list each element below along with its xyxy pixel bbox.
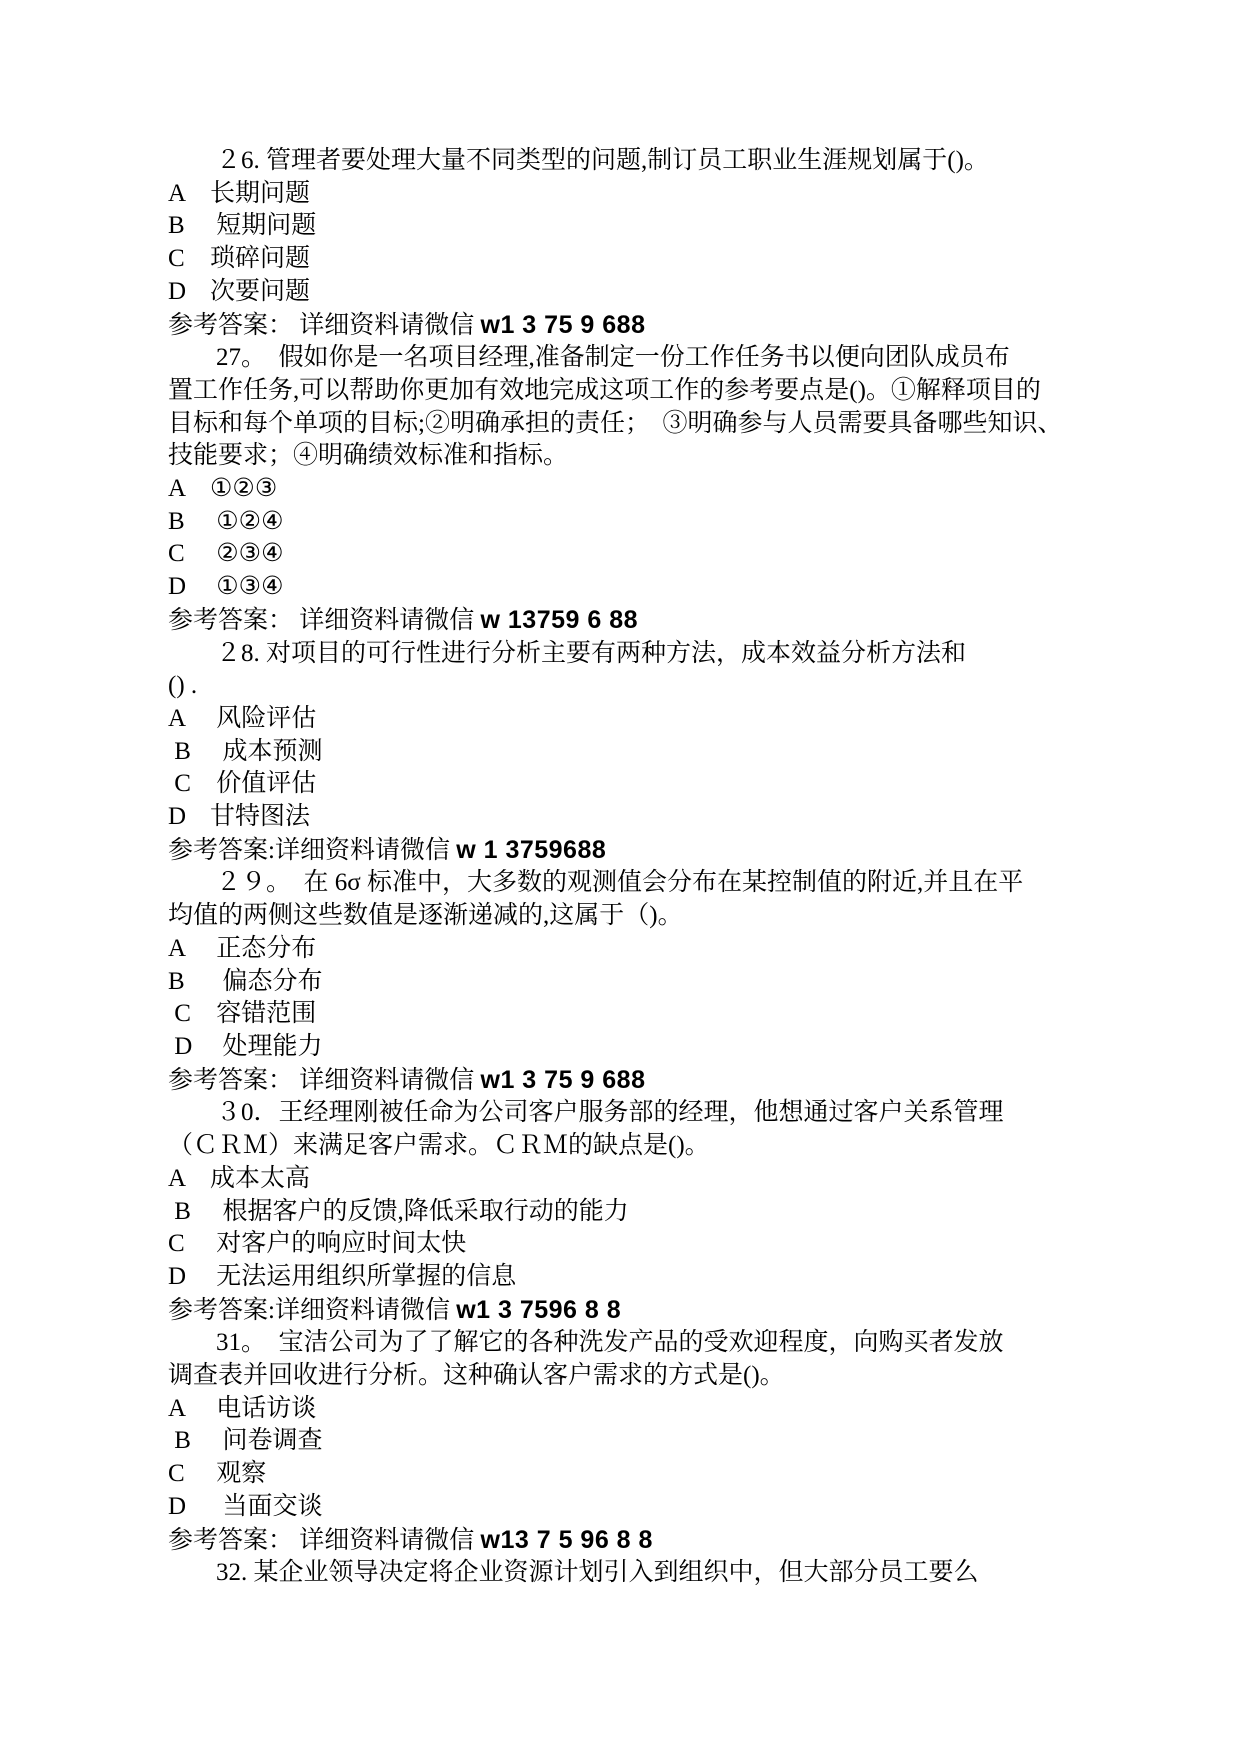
question-stem-line: 27。 假如你是一名项目经理,准备制定一份工作任务书以便向团队成员布 xyxy=(168,342,1083,375)
option-text: 当面交谈 xyxy=(210,1493,323,1520)
question-list: ２6. 管理者要处理大量不同类型的问题,制订员工职业生涯规划属于()。A长期问题… xyxy=(168,145,1083,1590)
option-text: 正态分布 xyxy=(210,935,316,962)
option-label: D xyxy=(168,1261,210,1294)
question-stem-line: （ＣＲＭ）来满足客户需求。ＣＲＭ的缺点是()。 xyxy=(168,1130,1083,1163)
option-row: D ①③④ xyxy=(168,571,1083,604)
option-text: 成本太高 xyxy=(210,1165,310,1192)
answer-line: 参考答案:详细资料请微信 w1 3 7596 8 8 xyxy=(168,1294,1083,1328)
question-block: 31。 宝洁公司为了了解它的各种洗发产品的受欢迎程度，向购买者发放调查表并回收进… xyxy=(168,1327,1083,1557)
option-row: B 根据客户的反馈,降低采取行动的能力 xyxy=(168,1196,1083,1229)
option-label: D xyxy=(168,276,210,309)
answer-code: w 1 3759688 xyxy=(456,836,606,864)
option-text: ②③④ xyxy=(210,540,284,567)
answer-prefix: 参考答案： 详细资料请微信 xyxy=(168,1067,481,1094)
option-row: D 无法运用组织所掌握的信息 xyxy=(168,1261,1083,1294)
option-label: B xyxy=(168,1425,210,1458)
option-text: ①②④ xyxy=(210,508,284,535)
option-text: 成本预测 xyxy=(210,738,323,765)
answer-line: 参考答案： 详细资料请微信 w13 7 5 96 8 8 xyxy=(168,1524,1083,1558)
option-label: D xyxy=(168,801,210,834)
option-row: C 价值评估 xyxy=(168,768,1083,801)
option-text: ①②③ xyxy=(210,475,277,502)
option-label: D xyxy=(168,571,210,604)
option-text: 对客户的响应时间太快 xyxy=(210,1230,466,1257)
option-text: 处理能力 xyxy=(210,1033,323,1060)
option-label: B xyxy=(168,506,210,539)
option-row: C 观察 xyxy=(168,1458,1083,1491)
option-row: D甘特图法 xyxy=(168,801,1083,834)
question-stem-line: 均值的两侧这些数值是逐渐递减的,这属于（)。 xyxy=(168,900,1083,933)
option-row: B 偏态分布 xyxy=(168,966,1083,999)
option-row: D 处理能力 xyxy=(168,1031,1083,1064)
option-row: C 容错范围 xyxy=(168,998,1083,1031)
question-stem-line: 32. 某企业领导决定将企业资源计划引入到组织中，但大部分员工要么 xyxy=(168,1557,1083,1590)
question-stem-line: ３0．王经理刚被任命为公司客户服务部的经理，他想通过客户关系管理 xyxy=(168,1097,1083,1130)
option-text: 问卷调查 xyxy=(210,1427,323,1454)
option-text: 风险评估 xyxy=(210,705,316,732)
answer-prefix: 参考答案： 详细资料请微信 xyxy=(168,312,481,339)
question-block: 27。 假如你是一名项目经理,准备制定一份工作任务书以便向团队成员布置工作任务,… xyxy=(168,342,1083,637)
option-row: A 正态分布 xyxy=(168,933,1083,966)
option-text: 长期问题 xyxy=(210,180,310,207)
option-label: C xyxy=(168,243,210,276)
option-label: A xyxy=(168,473,210,506)
option-text: 根据客户的反馈,降低采取行动的能力 xyxy=(210,1198,629,1225)
option-label: B xyxy=(168,1196,210,1229)
option-row: A 电话访谈 xyxy=(168,1393,1083,1426)
answer-line: 参考答案： 详细资料请微信 w 13759 6 88 xyxy=(168,604,1083,638)
document-page: ２6. 管理者要处理大量不同类型的问题,制订员工职业生涯规划属于()。A长期问题… xyxy=(0,0,1241,1754)
option-row: D 当面交谈 xyxy=(168,1491,1083,1524)
question-stem-line: 目标和每个单项的目标;②明确承担的责任； ③明确参与人员需要具备哪些知识、 xyxy=(168,408,1083,441)
option-label: D xyxy=(168,1031,210,1064)
answer-code: w1 3 75 9 688 xyxy=(481,1066,646,1094)
answer-code: w 13759 6 88 xyxy=(481,606,639,634)
question-stem-line: 调查表并回收进行分析。这种确认客户需求的方式是()。 xyxy=(168,1360,1083,1393)
question-block: ２8. 对项目的可行性进行分析主要有两种方法，成本效益分析方法和() .A 风险… xyxy=(168,638,1083,868)
option-row: C ②③④ xyxy=(168,538,1083,571)
option-label: B xyxy=(168,736,210,769)
question-block: ２９。 在 6σ 标准中，大多数的观测值会分布在某控制值的附近,并且在平均值的两… xyxy=(168,867,1083,1097)
option-text: 短期问题 xyxy=(210,212,316,239)
option-label: C xyxy=(168,538,210,571)
option-text: 容错范围 xyxy=(210,1000,316,1027)
answer-line: 参考答案： 详细资料请微信 w1 3 75 9 688 xyxy=(168,1064,1083,1098)
option-label: D xyxy=(168,1491,210,1524)
answer-line: 参考答案:详细资料请微信 w 1 3759688 xyxy=(168,834,1083,868)
option-row: B ①②④ xyxy=(168,506,1083,539)
option-label: A xyxy=(168,1393,210,1426)
option-text: 次要问题 xyxy=(210,278,310,305)
option-row: C 对客户的响应时间太快 xyxy=(168,1228,1083,1261)
answer-prefix: 参考答案： 详细资料请微信 xyxy=(168,607,481,634)
question-stem-line: ２6. 管理者要处理大量不同类型的问题,制订员工职业生涯规划属于()。 xyxy=(168,145,1083,178)
option-text: 观察 xyxy=(210,1460,266,1487)
option-label: A xyxy=(168,703,210,736)
option-row: C琐碎问题 xyxy=(168,243,1083,276)
question-stem-line: 31。 宝洁公司为了了解它的各种洗发产品的受欢迎程度，向购买者发放 xyxy=(168,1327,1083,1360)
option-row: A①②③ xyxy=(168,473,1083,506)
question-stem-line: ２8. 对项目的可行性进行分析主要有两种方法，成本效益分析方法和 xyxy=(168,638,1083,671)
answer-code: w1 3 7596 8 8 xyxy=(456,1296,621,1324)
option-text: 价值评估 xyxy=(210,770,316,797)
option-label: C xyxy=(168,1228,210,1261)
question-block: ３0．王经理刚被任命为公司客户服务部的经理，他想通过客户关系管理（ＣＲＭ）来满足… xyxy=(168,1097,1083,1327)
option-text: 甘特图法 xyxy=(210,803,310,830)
option-row: D次要问题 xyxy=(168,276,1083,309)
answer-code: w13 7 5 96 8 8 xyxy=(481,1526,653,1554)
option-label: B xyxy=(168,966,210,999)
answer-prefix: 参考答案:详细资料请微信 xyxy=(168,1297,456,1324)
question-stem-line: 置工作任务,可以帮助你更加有效地完成这项工作的参考要点是()。①解释项目的 xyxy=(168,375,1083,408)
question-stem-line: () . xyxy=(168,670,1083,703)
option-label: C xyxy=(168,998,210,1031)
option-label: A xyxy=(168,1163,210,1196)
answer-code: w1 3 75 9 688 xyxy=(481,311,646,339)
option-row: B 问卷调查 xyxy=(168,1425,1083,1458)
question-stem-line: 技能要求；④明确绩效标准和指标。 xyxy=(168,440,1083,473)
option-label: A xyxy=(168,933,210,966)
option-label: B xyxy=(168,210,210,243)
option-text: 偏态分布 xyxy=(210,968,323,995)
answer-prefix: 参考答案:详细资料请微信 xyxy=(168,837,456,864)
question-block: 32. 某企业领导决定将企业资源计划引入到组织中，但大部分员工要么 xyxy=(168,1557,1083,1590)
option-row: B 成本预测 xyxy=(168,736,1083,769)
option-row: A成本太高 xyxy=(168,1163,1083,1196)
option-label: C xyxy=(168,1458,210,1491)
option-row: B 短期问题 xyxy=(168,210,1083,243)
answer-line: 参考答案： 详细资料请微信 w1 3 75 9 688 xyxy=(168,309,1083,343)
answer-prefix: 参考答案： 详细资料请微信 xyxy=(168,1527,481,1554)
option-label: A xyxy=(168,178,210,211)
question-block: ２6. 管理者要处理大量不同类型的问题,制订员工职业生涯规划属于()。A长期问题… xyxy=(168,145,1083,342)
option-text: 电话访谈 xyxy=(210,1395,316,1422)
option-row: A长期问题 xyxy=(168,178,1083,211)
option-text: 琐碎问题 xyxy=(210,245,310,272)
option-row: A 风险评估 xyxy=(168,703,1083,736)
option-label: C xyxy=(168,768,210,801)
question-stem-line: ２９。 在 6σ 标准中，大多数的观测值会分布在某控制值的附近,并且在平 xyxy=(168,867,1083,900)
option-text: ①③④ xyxy=(210,573,284,600)
option-text: 无法运用组织所掌握的信息 xyxy=(210,1263,516,1290)
